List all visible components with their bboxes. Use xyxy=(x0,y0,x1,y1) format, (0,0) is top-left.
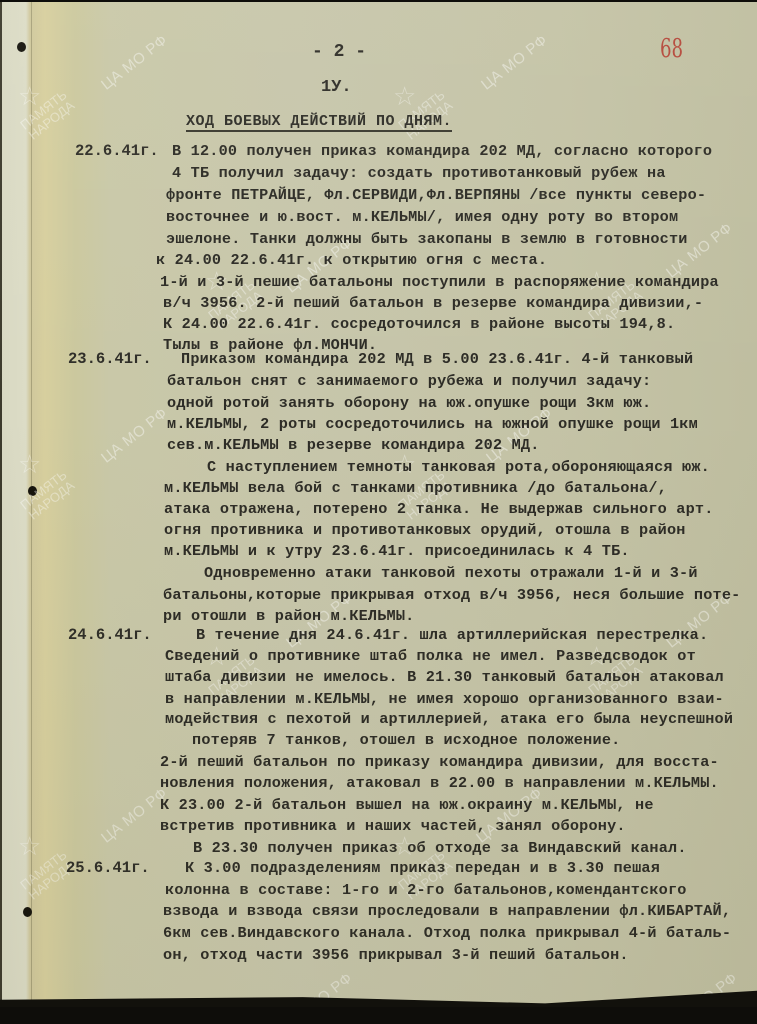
binding-hole xyxy=(17,42,26,52)
entry-text-line: модействия с пехотой и артиллерией, атак… xyxy=(165,710,733,729)
watermark-archive: ЦА МО РФ xyxy=(478,32,551,94)
watermark-archive: ЦА МО РФ xyxy=(98,405,171,467)
entry-text-line: м.КЕЛЬМЫ, 2 роты сосредоточились на южно… xyxy=(167,415,698,434)
entry-text-line: м.КЕЛЬМЫ вела бой с танками противника /… xyxy=(164,479,667,498)
archive-sheet-number: 68 xyxy=(660,34,683,64)
scan-edge-shadow xyxy=(0,989,757,1007)
entry-text-line: Приказом командира 202 МД в 5.00 23.6.41… xyxy=(181,350,693,369)
entry-text-line: В течение дня 24.6.41г. шла артиллерийск… xyxy=(196,626,708,645)
archival-document-page: ЦА МО РФ ЦА МО РФ ЦА МО РФ ЦА МО РФ ЦА М… xyxy=(0,2,757,1007)
entry-text-line: сев.м.КЕЛЬМЫ в резерве командира 202 МД. xyxy=(167,436,540,455)
entry-text-line: встретив противника и наших частей, заня… xyxy=(160,817,626,836)
entry-text-line: колонна в составе: 1-го и 2-го батальоно… xyxy=(165,881,687,900)
star-icon: ☆ xyxy=(18,450,41,480)
entry-text-line: 6км сев.Виндавского канала. Отход полка … xyxy=(163,924,731,943)
entry-text-line: 4 ТБ получил задачу: создать противотанк… xyxy=(172,164,666,183)
entry-text-line: С наступлением темноты танковая рота,обо… xyxy=(207,458,710,477)
section-title: ХОД БОЕВЫХ ДЕЙСТВИЙ ПО ДНЯМ. xyxy=(186,113,452,132)
section-number: 1У. xyxy=(321,78,352,97)
entry-text-line: огня противника и противотанковых орудий… xyxy=(164,521,686,540)
entry-text-line: взвода и взвода связи проследовали в нап… xyxy=(163,902,731,921)
star-icon: ☆ xyxy=(18,832,41,862)
entry-date: 24.6.41г. xyxy=(68,626,152,644)
entry-text-line: Сведений о противнике штаб полка не имел… xyxy=(165,647,696,666)
entry-text-line: батальон снят с занимаемого рубежа и пол… xyxy=(167,372,651,391)
entry-text-line: Одновременно атаки танковой пехоты отраж… xyxy=(204,564,698,583)
entry-text-line: к 24.00 22.6.41г. к открытию огня с мест… xyxy=(156,251,547,270)
binding-hole xyxy=(23,907,32,917)
watermark-archive: ЦА МО РФ xyxy=(98,32,171,94)
entry-text-line: ри отошли в район м.КЕЛЬМЫ. xyxy=(163,607,414,626)
entry-text-line: одной ротой занять оборону на юж.опушке … xyxy=(167,394,651,413)
entry-text-line: К 23.00 2-й батальон вышел на юж.окраину… xyxy=(160,796,654,815)
entry-text-line: новления положения, атаковал в 22.00 в н… xyxy=(160,774,719,793)
page-edge xyxy=(0,2,2,1007)
entry-text-line: батальоны,которые прикрывая отход в/ч 39… xyxy=(163,586,740,605)
entry-text-line: восточнее и ю.вост. м.КЕЛЬМЫ/, имея одну… xyxy=(166,208,678,227)
entry-text-line: в/ч 3956. 2-й пеший батальон в резерве к… xyxy=(163,294,703,313)
watermark-archive: ЦА МО РФ xyxy=(98,785,171,847)
entry-text-line: фронте ПЕТРАЙЦЕ, Фл.СЕРВИДИ,Фл.ВЕРПЯНЫ /… xyxy=(166,186,706,205)
watermark-archive: ЦА МО РФ xyxy=(473,785,546,847)
entry-date: 25.6.41г. xyxy=(66,859,150,877)
entry-text-line: К 3.00 подразделениям приказ передан и в… xyxy=(185,859,660,878)
entry-text-line: потеряв 7 танков, отошел в исходное поло… xyxy=(192,731,620,750)
entry-text-line: м.КЕЛЬМЫ и к утру 23.6.41г. присоединила… xyxy=(164,542,630,561)
page-number: - 2 - xyxy=(312,42,366,62)
entry-text-line: эшелоне. Танки должны быть закопаны в зе… xyxy=(166,230,688,249)
entry-text-line: атака отражена, потерено 2 танка. Не выд… xyxy=(164,500,714,519)
entry-text-line: В 12.00 получен приказ командира 202 МД,… xyxy=(172,142,712,161)
entry-text-line: В 23.30 получен приказ об отходе за Винд… xyxy=(193,839,687,858)
entry-text-line: 2-й пеший батальон по приказу командира … xyxy=(160,753,719,772)
entry-text-line: штаба дивизии не имелось. В 21.30 танков… xyxy=(165,668,724,687)
entry-text-line: 1-й и 3-й пешие батальоны поступили в ра… xyxy=(160,273,719,292)
entry-date: 23.6.41г. xyxy=(68,350,152,368)
entry-date: 22.6.41г. xyxy=(75,142,159,160)
entry-text-line: он, отход части 3956 прикрывал 3-й пеший… xyxy=(163,946,629,965)
entry-text-line: в направлении м.КЕЛЬМЫ, не имея хорошо о… xyxy=(165,690,724,709)
entry-text-line: К 24.00 22.6.41г. сосредоточился в район… xyxy=(163,315,675,334)
